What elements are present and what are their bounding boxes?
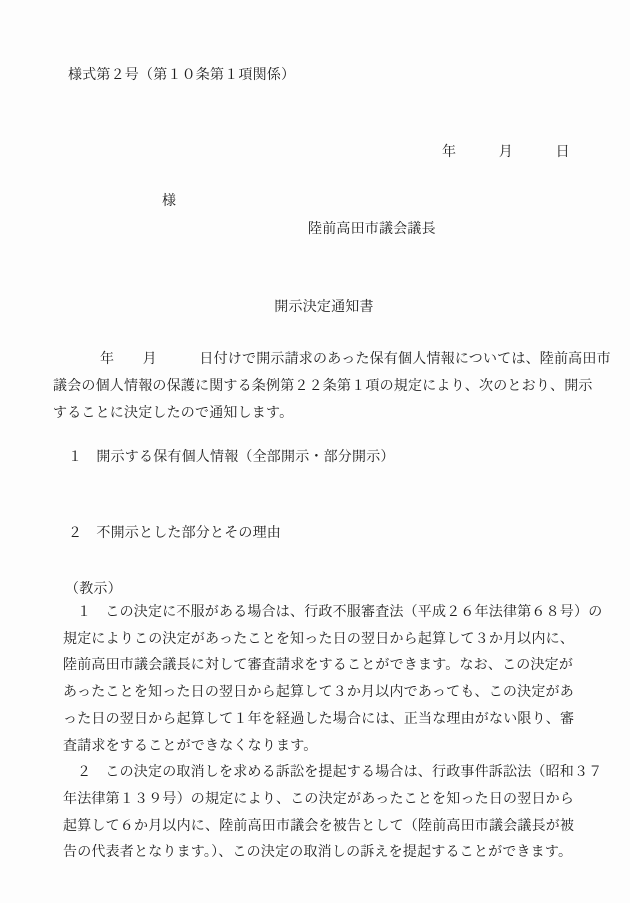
instructions-item2-line: 起算して６か月以内に、陸前高田市議会を被告として（陸前高田市議会議長が被: [63, 814, 623, 841]
instructions-item1-line: った日の翌日から起算して１年を経過した場合には、正当な理由がない限り、審: [63, 707, 623, 734]
item-2-nondisclosed-parts: ２ 不開示とした部分とその理由: [68, 520, 281, 547]
sender-title: 陸前高田市議会議長: [308, 216, 436, 243]
body-line: 年 月 日付けで開示請求のあった保有個人情報については、陸前高田市: [53, 346, 613, 373]
document-title: 開示決定通知書: [53, 294, 595, 321]
addressee-honorific: 様: [162, 188, 176, 215]
body-line: することに決定したので通知します。: [53, 400, 613, 427]
instructions-item2-line: 年法律第１３９号）の規定により、この決定があったことを知った日の翌日から: [63, 787, 623, 814]
body-paragraph: 年 月 日付けで開示請求のあった保有個人情報については、陸前高田市 議会の個人情…: [53, 346, 613, 427]
item-1-disclosed-information: １ 開示する保有個人情報（全部開示・部分開示）: [68, 444, 395, 471]
body-line: 議会の個人情報の保護に関する条例第２２条第１項の規定により、次のとおり、開示: [53, 373, 613, 400]
document-page: 様式第２号（第１０条第１項関係） 年 月 日 様 陸前高田市議会議長 開示決定通…: [0, 0, 630, 903]
instructions-heading: （教示）: [65, 576, 122, 603]
date-line: 年 月 日: [442, 139, 570, 166]
instructions-item1-line: １ この決定に不服がある場合は、行政不服審査法（平成２６年法律第６８号）の: [77, 600, 623, 627]
instructions-item2-line: 告の代表者となります。）、この決定の取消しの訴えを提起することができます。: [63, 840, 623, 867]
instructions-item1-line: 陸前高田市議会議長に対して審査請求をすることができます。なお、この決定が: [63, 653, 623, 680]
instructions-item1-line: 査請求をすることができなくなります。: [63, 734, 623, 761]
instructions-item1-line: あったことを知った日の翌日から起算して３か月以内であっても、この決定があ: [63, 680, 623, 707]
form-number: 様式第２号（第１０条第１項関係）: [68, 62, 295, 89]
instructions-section: １ この決定に不服がある場合は、行政不服審査法（平成２６年法律第６８号）の 規定…: [63, 600, 623, 867]
instructions-item1-line: 規定によりこの決定があったことを知った日の翌日から起算して３か月以内に、: [63, 627, 623, 654]
instructions-item2-line: ２ この決定の取消しを求める訴訟を提起する場合は、行政事件訴訟法（昭和３７: [77, 760, 623, 787]
